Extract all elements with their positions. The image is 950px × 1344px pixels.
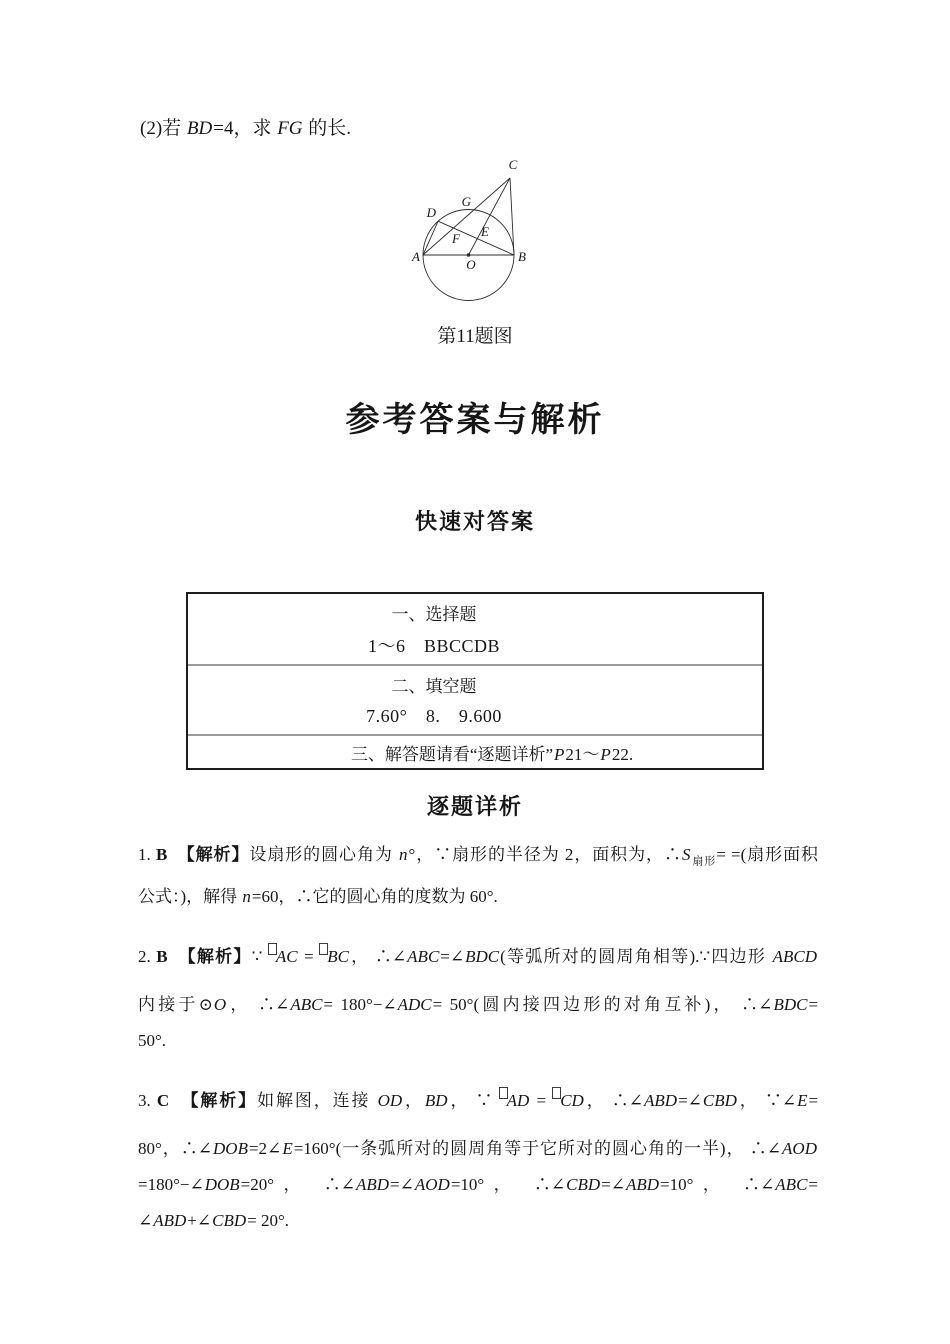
solution-line: 公式：)，解得 n=60，∴它的圆心角的度数为 60°. bbox=[138, 879, 818, 915]
figure-block: A B C D G E F O 第11题图 bbox=[0, 153, 950, 348]
row-header: 一、选择题 bbox=[188, 600, 680, 625]
point-label-a: A bbox=[411, 249, 420, 264]
row-answers: 7.60° 8. 9.600 bbox=[188, 702, 680, 728]
solution-line: ∠ABD+∠CBD= 20°. bbox=[138, 1203, 818, 1239]
solution-line: =180°−∠DOB=20°， ∴∠ABD=∠AOD=10°， ∴∠CBD=∠A… bbox=[138, 1167, 818, 1203]
segment-db bbox=[438, 221, 514, 255]
quick-answers-heading: 快速对答案 bbox=[0, 505, 950, 536]
solution-line: 50°. bbox=[138, 1023, 818, 1059]
segment-ac bbox=[423, 178, 510, 255]
point-label-g: G bbox=[462, 194, 472, 209]
segment-ad bbox=[423, 221, 438, 255]
figure-caption: 第11题图 bbox=[0, 321, 950, 348]
solution-3: 3. C 【解析】如解图，连接 OD，BD， ∵ AD = CD， ∴∠ABD=… bbox=[138, 1075, 818, 1239]
solution-2: 2. B 【解析】∵ AC = BC， ∴∠ABC=∠BDC(等弧所对的圆周角相… bbox=[138, 931, 818, 1059]
document-page: (2)若 BD=4，求 FG 的长. A B C D G E F O bbox=[0, 0, 950, 1344]
solution-line: 1. B 【解析】设扇形的圆心角为 n°，∵扇形的半径为 2，面积为，∴S扇形=… bbox=[138, 837, 818, 879]
solutions-section: 1. B 【解析】设扇形的圆心角为 n°，∵扇形的半径为 2，面积为，∴S扇形=… bbox=[138, 837, 818, 1239]
point-label-d: D bbox=[426, 205, 437, 220]
solution-line: 内接于⊙O， ∴∠ABC= 180°−∠ADC= 50°(圆内接四边形的对角互补… bbox=[138, 987, 818, 1023]
point-label-b: B bbox=[518, 249, 526, 264]
solution-line: 3. C 【解析】如解图，连接 OD，BD， ∵ AD = CD， ∴∠ABD=… bbox=[138, 1075, 818, 1119]
table-row-solution-note: 三、解答题请看“逐题详析”P21～P22. bbox=[188, 734, 762, 768]
point-label-e: E bbox=[480, 224, 489, 239]
geometry-figure: A B C D G E F O bbox=[400, 153, 550, 305]
quick-answer-table: 一、选择题 1～6 BBCCDB 二、填空题 7.60° 8. 9.600 三、… bbox=[186, 592, 764, 770]
point-label-f: F bbox=[451, 231, 461, 246]
table-row-fill: 二、填空题 7.60° 8. 9.600 bbox=[188, 664, 762, 734]
segment-co bbox=[469, 178, 511, 255]
segment-cb bbox=[510, 178, 514, 255]
point-label-o: O bbox=[466, 257, 476, 272]
detail-heading: 逐题详析 bbox=[0, 790, 950, 821]
solution-1: 1. B 【解析】设扇形的圆心角为 n°，∵扇形的半径为 2，面积为，∴S扇形=… bbox=[138, 837, 818, 915]
question-text: (2)若 BD=4，求 FG 的长. bbox=[0, 0, 950, 141]
solution-line: 2. B 【解析】∵ AC = BC， ∴∠ABC=∠BDC(等弧所对的圆周角相… bbox=[138, 931, 818, 975]
point-label-c: C bbox=[509, 157, 518, 172]
row-header: 二、填空题 bbox=[188, 672, 680, 697]
answers-title: 参考答案与解析 bbox=[0, 392, 950, 441]
solution-line: 80°，∴∠DOB=2∠E=160°(一条弧所对的圆周角等于它所对的圆心角的一半… bbox=[138, 1131, 818, 1167]
row-note: 三、解答题请看“逐题详析”P21～P22. bbox=[222, 740, 762, 765]
table-row-choice: 一、选择题 1～6 BBCCDB bbox=[188, 594, 762, 664]
row-answers: 1～6 BBCCDB bbox=[188, 632, 680, 658]
